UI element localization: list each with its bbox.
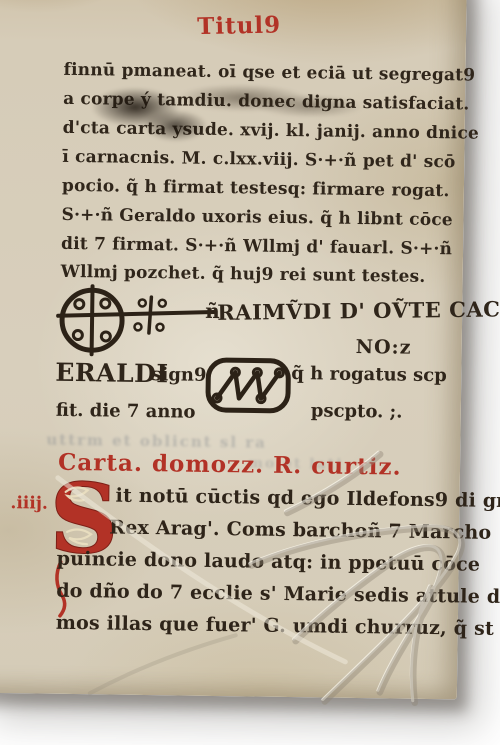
photo-background: Titul9 finnū pmaneat. oī qse et eciā ut … bbox=[0, 0, 500, 745]
witness-caps-raimundi: RAIMṼDI D' OṼTE CACA bbox=[217, 296, 500, 325]
heading-rubric: Titul9 bbox=[197, 11, 282, 40]
body-text-line: d'cta carta ysude. xvij. kl. janij. anno… bbox=[63, 118, 480, 144]
knot-sign-icon bbox=[205, 354, 292, 417]
body-text-block: finnū pmaneat. oī qse et eciā ut segrega… bbox=[5, 0, 500, 4]
body-text-line: Wllmj pozchet. q̃ huj9 rei sunt testes. bbox=[61, 262, 426, 287]
margin-folio-number: .iiij. bbox=[10, 493, 48, 514]
page-content: Titul9 finnū pmaneat. oī qse et eciā ut … bbox=[0, 0, 500, 745]
body-text-line: finnū pmaneat. oī qse et eciā ut segrega… bbox=[63, 60, 475, 86]
charter-text-line: puincie dono laudo atq: in ppetuū cōce bbox=[57, 548, 481, 576]
body-text-line: ī carnacnis. M. c.lxx.viij. S·+·ñ pet d'… bbox=[62, 147, 455, 172]
wheel-cross-sign-icon bbox=[54, 286, 220, 356]
charter-text-block: it notū cūctis qd ego Ildefons9 di grā R… bbox=[5, 0, 500, 4]
charter-text-line: Rex Arag'. Coms barchoñ 7 Marcho bbox=[109, 517, 491, 544]
charter-text-line: mos illas que fuer' G. umdi churruz, q̃ … bbox=[56, 612, 494, 640]
body-text-line: pocio. q̃ h firmat testesq: firmare roga… bbox=[62, 176, 450, 201]
body-text-line: a corpe ý tamdiu. donec digna satisfacia… bbox=[63, 89, 470, 115]
charter-text-line: it notū cūctis qd ego Ildefons9 di grā bbox=[115, 485, 500, 513]
manuscript-page: Titul9 finnū pmaneat. oī qse et eciā ut … bbox=[0, 0, 467, 699]
witness-caps-raimundi-2: NO:z bbox=[356, 336, 412, 359]
witness-line-fit: fit. die 7 anno bbox=[56, 400, 196, 423]
body-text-line: S·+·ñ Geraldo uxoris eius. q̃ h libnt cō… bbox=[61, 205, 453, 230]
charter-text-line: do dño do 7 ecclie s' Marie sedis attule… bbox=[56, 580, 500, 608]
witness-word-signum: sign9 bbox=[151, 364, 206, 386]
witness-line-prescripto: pscpto. ;. bbox=[311, 400, 403, 422]
body-text-line: dit 7 firmat. S·+·ñ Wllmj d' fauarl. S·+… bbox=[61, 234, 452, 259]
witness-line-rogatus: q̃ h rogatus scp bbox=[291, 363, 447, 386]
